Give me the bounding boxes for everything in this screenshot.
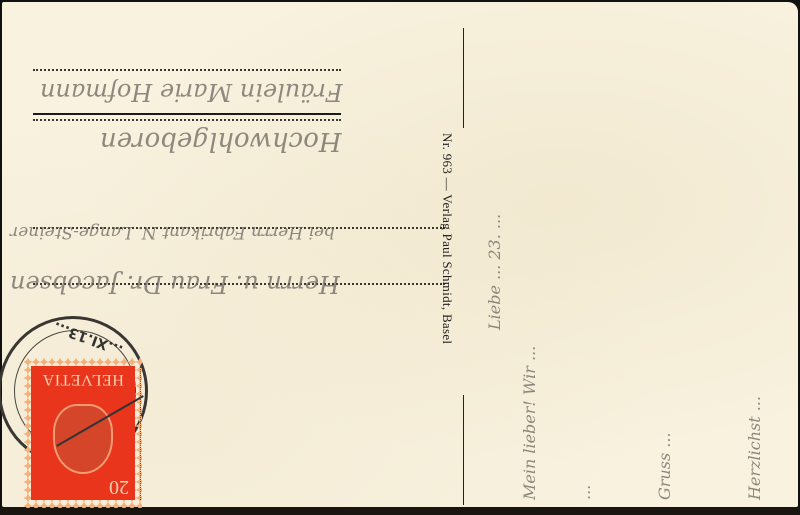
stamp-face: 20 HELVETIA [31, 366, 135, 500]
scan-edge [0, 507, 800, 515]
handwritten-address-3: bei Herrn Fabrikant N. Lange-Steiner [10, 222, 335, 242]
message-line-5: Herzlichst ... [745, 396, 764, 500]
message-line-2: Mein lieber! Wir ... [520, 346, 539, 500]
publisher-imprint-text: Nr. 963 — Verlag Paul Schmidt, Basel [439, 133, 455, 344]
handwritten-address-1: Fräulein Marie Hofmann [40, 78, 343, 106]
stamp-country: HELVETIA [31, 370, 135, 388]
divider-line-top [463, 28, 464, 128]
stamp-value: 20 [109, 475, 129, 498]
message-line-4: Gruss ... [655, 433, 674, 501]
stamp-perforation [140, 366, 141, 500]
message-line-1: Liebe ... 23. ... [485, 214, 504, 330]
handwritten-address-2: Hochwohlgeboren [100, 126, 342, 156]
message-line-3: ... [575, 485, 594, 500]
divider-line-bottom [463, 395, 464, 505]
address-underline [33, 113, 341, 115]
handwritten-address-4: Herrn u. Frau Dr. Jacobsen [10, 270, 340, 298]
address-line-1 [33, 69, 341, 71]
address-line-2 [33, 119, 341, 121]
tell-boy-portrait-icon [53, 404, 113, 474]
